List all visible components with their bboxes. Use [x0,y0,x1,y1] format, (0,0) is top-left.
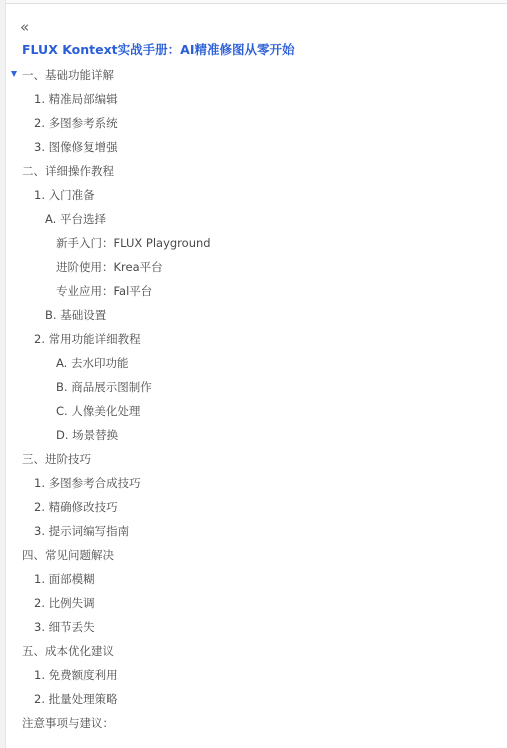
toc-item[interactable]: 2. 常用功能详细教程 [0,330,500,354]
toc-item[interactable]: 2. 多图参考系统 [0,114,500,138]
toc-item-label: 3. 提示词编写指南 [34,522,129,540]
toc-item[interactable]: D. 场景替换 [0,426,500,450]
toc-item[interactable]: A. 平台选择 [0,210,500,234]
toc-item[interactable]: 3. 提示词编写指南 [0,522,500,546]
collapse-sidebar-button[interactable]: « [20,18,36,36]
toc-item[interactable]: A. 去水印功能 [0,354,500,378]
toc-item[interactable]: 1. 入门准备 [0,186,500,210]
table-of-contents: 一、基础功能详解 1. 精准局部编辑 2. 多图参考系统 3. 图像修复增强 二… [0,66,500,738]
toc-item-label: 1. 免费额度利用 [34,666,118,684]
toc-item-label: A. 去水印功能 [56,354,128,372]
toc-item[interactable]: 专业应用：Fal平台 [0,282,500,306]
toc-item-label: B. 基础设置 [45,306,106,324]
toc-item-label: B. 商品展示图制作 [56,378,152,396]
double-chevron-left-icon: « [20,18,26,36]
toc-item[interactable]: 三、进阶技巧 [0,450,500,474]
toc-item[interactable]: 2. 精确修改技巧 [0,498,500,522]
toc-item[interactable]: 五、成本优化建议 [0,642,500,666]
toc-item-label: 2. 多图参考系统 [34,114,118,132]
toc-item-label: 2. 常用功能详细教程 [34,330,141,348]
toc-item-label: 3. 细节丢失 [34,618,95,636]
toc-title[interactable]: FLUX Kontext实战手册：AI精准修图从零开始 [22,41,294,59]
toc-item-label: 专业应用：Fal平台 [56,282,152,300]
toc-item[interactable]: 新手入门：FLUX Playground [0,234,500,258]
toc-item-label: D. 场景替换 [56,426,118,444]
toc-item-label: C. 人像美化处理 [56,402,140,420]
toc-item[interactable]: 1. 面部模糊 [0,570,500,594]
toc-item[interactable]: B. 商品展示图制作 [0,378,500,402]
toc-item[interactable]: 四、常见问题解决 [0,546,500,570]
toc-item-label: 1. 入门准备 [34,186,95,204]
toc-item[interactable]: 1. 免费额度利用 [0,666,500,690]
toc-item[interactable]: 2. 批量处理策略 [0,690,500,714]
toc-item-label: 2. 精确修改技巧 [34,498,118,516]
toc-item[interactable]: 注意事项与建议： [0,714,500,738]
toc-item[interactable]: 1. 精准局部编辑 [0,90,500,114]
toc-item[interactable]: C. 人像美化处理 [0,402,500,426]
toc-item-label: 新手入门：FLUX Playground [56,234,211,252]
caret-down-icon[interactable] [11,71,17,77]
toc-item[interactable]: 进阶使用：Krea平台 [0,258,500,282]
toc-item-label: 二、详细操作教程 [22,162,114,180]
toc-item-label: 3. 图像修复增强 [34,138,118,156]
panel-top-border [6,0,507,4]
toc-item[interactable]: 二、详细操作教程 [0,162,500,186]
toc-item-label: 1. 精准局部编辑 [34,90,118,108]
toc-item-label: 1. 面部模糊 [34,570,95,588]
toc-item-label: 1. 多图参考合成技巧 [34,474,141,492]
toc-item[interactable]: 一、基础功能详解 [0,66,500,90]
toc-item[interactable]: 3. 细节丢失 [0,618,500,642]
toc-item-label: A. 平台选择 [45,210,106,228]
toc-item[interactable]: B. 基础设置 [0,306,500,330]
toc-item-label: 三、进阶技巧 [22,450,91,468]
toc-item[interactable]: 1. 多图参考合成技巧 [0,474,500,498]
toc-item-label: 一、基础功能详解 [22,66,114,84]
toc-item-label: 注意事项与建议： [22,714,114,732]
toc-item-label: 四、常见问题解决 [22,546,114,564]
toc-item[interactable]: 3. 图像修复增强 [0,138,500,162]
toc-item-label: 2. 比例失调 [34,594,95,612]
toc-item-label: 进阶使用：Krea平台 [56,258,163,276]
toc-item-label: 2. 批量处理策略 [34,690,118,708]
toc-item-label: 五、成本优化建议 [22,642,114,660]
toc-item[interactable]: 2. 比例失调 [0,594,500,618]
